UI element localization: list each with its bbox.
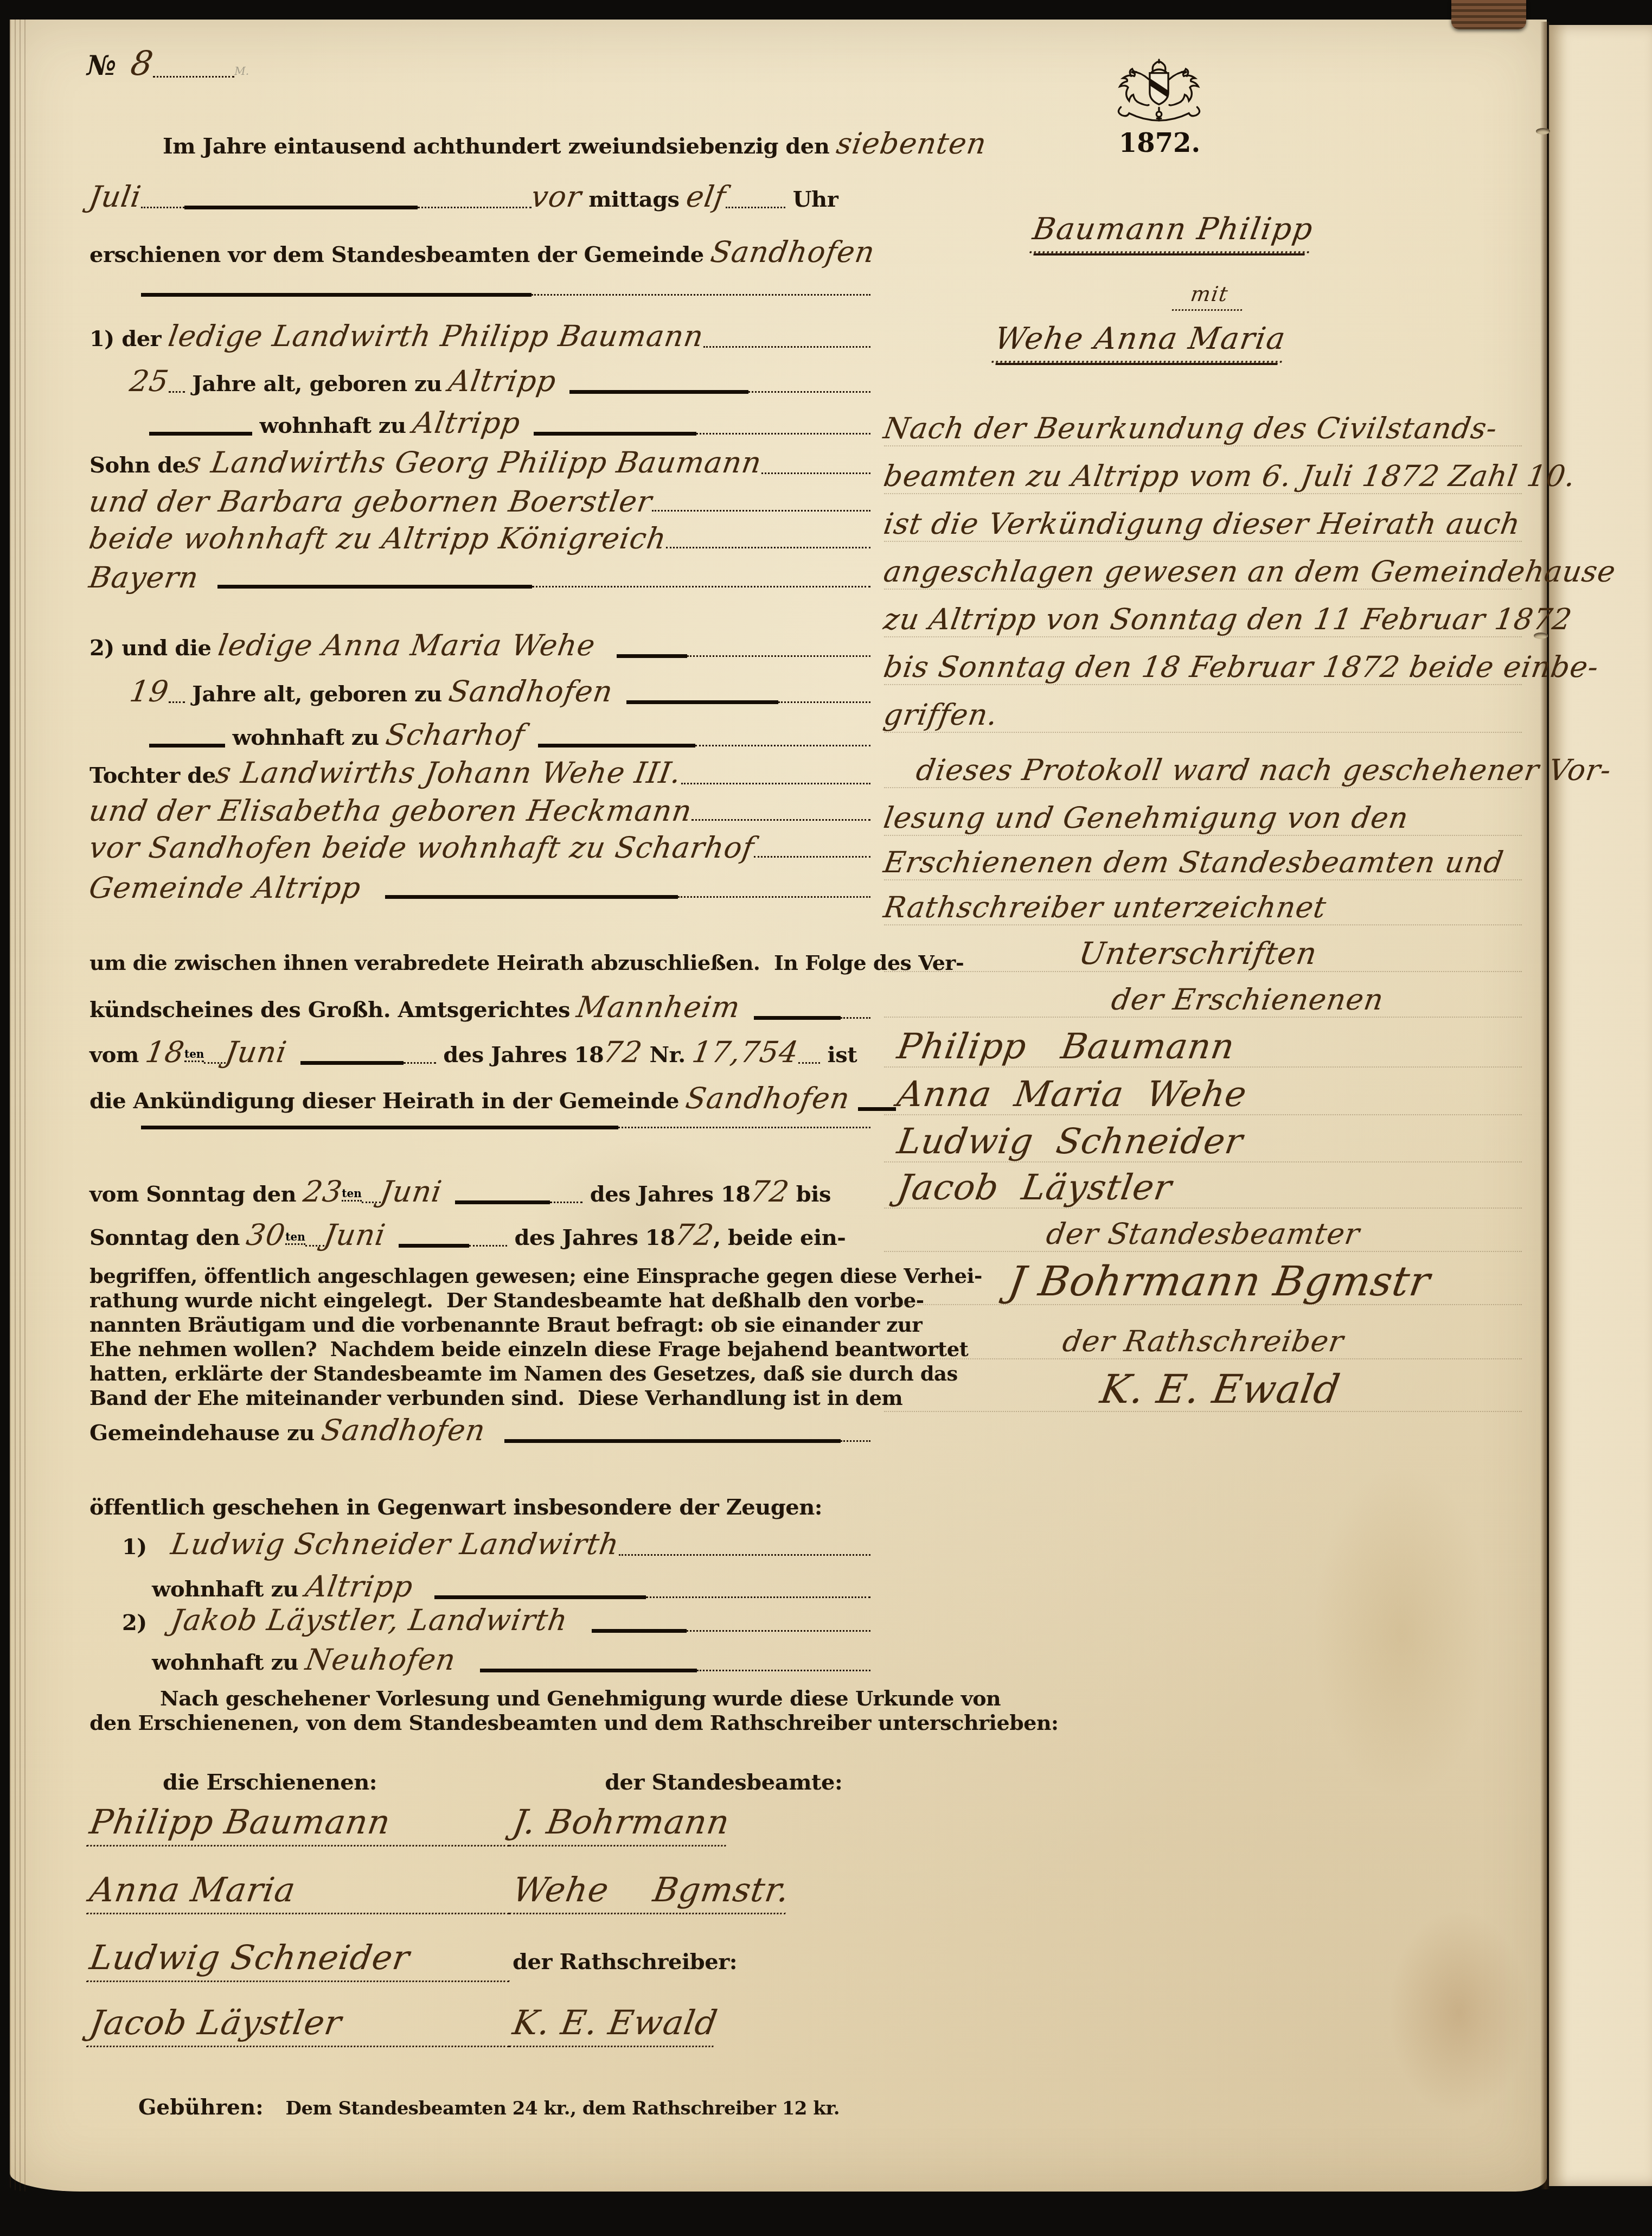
line-court: kündscheines des Großh. Amtsgerichtes Ma… bbox=[89, 994, 870, 1023]
ink-rule bbox=[399, 1244, 469, 1248]
faint-guide-line bbox=[884, 1114, 1522, 1115]
dotted-leader bbox=[469, 1245, 507, 1247]
dotted-leader bbox=[697, 1670, 870, 1671]
faint-guide-line bbox=[884, 684, 1522, 685]
line-year-date: Im Jahre eintausend achthundert zweiunds… bbox=[89, 130, 870, 159]
handwritten-entry: Ludwig Schneider Landwirth bbox=[169, 1531, 621, 1558]
handwritten-entry: 19 bbox=[128, 678, 171, 705]
dotted-leader bbox=[703, 346, 870, 348]
note-line-5: zu Altripp von Sonntag den 11 Februar 18… bbox=[884, 606, 1529, 633]
ink-rule bbox=[534, 432, 696, 436]
faint-guide-line bbox=[884, 493, 1522, 494]
handwritten-entry: Nach der Beurkundung des Civilstands- bbox=[882, 415, 1499, 442]
line-groom-father: Sohn des Landwirths Georg Philipp Bauman… bbox=[89, 449, 870, 478]
printed-text: öffentlich geschehen in Gegenwart insbes… bbox=[89, 1494, 822, 1520]
dotted-leader bbox=[778, 701, 870, 703]
handwritten-entry: elf bbox=[684, 183, 728, 210]
printed-text: Band der Ehe miteinander verbunden sind.… bbox=[89, 1386, 902, 1410]
handwritten-entry: vor Sandhofen beide wohnhaft zu Scharhof bbox=[87, 834, 756, 861]
printed-text: rathung wurde nicht eingelegt. Der Stand… bbox=[89, 1288, 924, 1312]
handwritten-entry: Juni bbox=[379, 1178, 444, 1205]
printed-text: 2) bbox=[122, 1610, 147, 1636]
form-left-column: Im Jahre eintausend achthundert zweiunds… bbox=[89, 0, 870, 2236]
handwritten-entry: Erschienenen dem Standesbeamten und bbox=[882, 849, 1506, 876]
line-bride-parents-gemeinde: Gemeinde Altripp bbox=[89, 874, 870, 902]
printed-text: der Standesbeamte: bbox=[605, 1769, 842, 1795]
line-groom-age-birthplace: 25 Jahre alt, geboren zu Altripp bbox=[89, 368, 870, 397]
handwritten-signature: Jacob Läystler bbox=[86, 2007, 516, 2047]
dotted-leader bbox=[754, 856, 870, 858]
scanned-register-page: № 8 M. 1872. Baumann Philipp bbox=[0, 0, 1652, 2236]
dotted-leader bbox=[169, 701, 185, 703]
handwritten-entry: Rathschreiber unterzeichnet bbox=[882, 894, 1328, 921]
handwritten-entry: ledige Landwirth Philipp Baumann bbox=[167, 323, 706, 350]
printed-text: Ehe nehmen wollen? Nachdem beide einzeln… bbox=[89, 1337, 968, 1361]
handwritten-signature: Philipp Baumann bbox=[86, 1806, 516, 1847]
printed-label: Gebühren: bbox=[138, 2095, 286, 2120]
printed-text: 1) der bbox=[89, 326, 169, 352]
binding-stitch-hole bbox=[1536, 128, 1550, 135]
printed-text: der Rathschreiber: bbox=[513, 1949, 737, 1975]
printed-text: Im Jahre eintausend achthundert zweiunds… bbox=[163, 133, 837, 159]
printed-text: des Jahres 18 bbox=[582, 1181, 750, 1207]
line-bride-residence: wohnhaft zu Scharhof bbox=[89, 721, 870, 750]
ink-rule bbox=[504, 1439, 841, 1443]
dotted-leader bbox=[550, 1202, 582, 1203]
faint-guide-line bbox=[884, 541, 1522, 542]
dotted-leader bbox=[169, 391, 185, 393]
handwritten-entry: ist die Verkündigung dieser Heirath auch bbox=[882, 510, 1522, 538]
printed-text: 2) und die bbox=[89, 635, 219, 661]
printed-text: Sonntag den bbox=[89, 1225, 247, 1250]
printed-text: um die zwischen ihnen verabredete Heirat… bbox=[89, 950, 964, 975]
handwritten-signature: K. E. Ewald bbox=[509, 2007, 720, 2047]
printed-text: des Jahres 18 bbox=[507, 1225, 675, 1250]
next-page-edge bbox=[1549, 25, 1652, 2186]
dotted-leader bbox=[418, 207, 532, 208]
handwritten-entry: 30 bbox=[245, 1222, 288, 1249]
faint-guide-line bbox=[884, 636, 1522, 637]
handwritten-entry: Juni bbox=[322, 1222, 387, 1249]
dotted-leader bbox=[678, 896, 870, 898]
note-clerk-signature: K. E. Ewald bbox=[884, 1371, 1529, 1408]
line-witness-1: 1)Ludwig Schneider Landwirth bbox=[89, 1531, 870, 1560]
printed-text: die Erschienenen: bbox=[163, 1769, 377, 1795]
handwritten-entry: 72 bbox=[673, 1222, 716, 1249]
dotted-leader bbox=[646, 1596, 870, 1598]
handwritten-entry: 72 bbox=[748, 1178, 791, 1205]
note-sig-groom: Philipp Baumann bbox=[884, 1031, 1529, 1063]
dotted-leader bbox=[618, 1127, 870, 1128]
faint-guide-line bbox=[884, 1208, 1522, 1209]
printed-text: Sohn de bbox=[89, 452, 186, 478]
line-groom-parents-residence: beide wohnhaft zu Altripp Königreich bbox=[89, 525, 870, 552]
ink-rule bbox=[141, 293, 532, 297]
line-registrar-gemeinde: erschienen vor dem Standesbeamten der Ge… bbox=[89, 239, 870, 267]
handwritten-entry: 23 bbox=[302, 1178, 344, 1205]
line-signature-headers: die Erschienenen:der Standesbeamte: bbox=[89, 1769, 870, 1795]
handwritten-signature: Anna Maria bbox=[86, 1874, 516, 1914]
faint-guide-line bbox=[884, 1358, 1522, 1359]
line-blank-rule-2 bbox=[89, 1126, 870, 1132]
line-witness-2-residence: wohnhaft zu Neuhofen bbox=[89, 1646, 870, 1675]
ink-rule bbox=[217, 585, 532, 589]
line-bride: 2) und die ledige Anna Maria Wehe bbox=[89, 632, 870, 661]
note-sig-witness-1: Ludwig Schneider bbox=[884, 1126, 1529, 1158]
printed-text: bis bbox=[789, 1181, 831, 1207]
dotted-leader bbox=[532, 586, 870, 587]
printed-text: Nr. bbox=[642, 1042, 693, 1068]
printed-text: hatten, erklärte der Standesbeamte im Na… bbox=[89, 1362, 958, 1385]
faint-guide-line bbox=[884, 924, 1522, 925]
note-line-2: beamten zu Altripp vom 6. Juli 1872 Zahl… bbox=[884, 463, 1529, 490]
ink-rule bbox=[149, 744, 225, 748]
ink-rule bbox=[149, 432, 252, 436]
dotted-leader bbox=[726, 207, 785, 208]
handwritten-entry: Anna Maria Wehe bbox=[895, 1078, 1249, 1111]
ink-rule bbox=[300, 1061, 404, 1065]
handwritten-entry: Juni bbox=[223, 1039, 289, 1066]
printed-text: wohnhaft zu bbox=[252, 413, 413, 438]
handwritten-signature: J. Bohrmann bbox=[509, 1806, 732, 1847]
handwritten-entry: s Landwirths Georg Philipp Baumann bbox=[184, 449, 764, 476]
line-closing-2: den Erschienenen, von dem Standesbeamten… bbox=[89, 1710, 870, 1735]
faint-guide-line bbox=[884, 1017, 1522, 1018]
line-banns-from: vom Sonntag den 23tenJuni des Jahres 187… bbox=[89, 1178, 870, 1207]
ordinal-suffix: ten bbox=[285, 1230, 305, 1245]
ink-rule bbox=[592, 1629, 687, 1633]
dotted-leader bbox=[798, 1062, 820, 1064]
handwritten-entry: der Rathschreiber bbox=[1061, 1328, 1346, 1355]
handwritten-entry: Jacob Läystler bbox=[895, 1172, 1174, 1204]
handwritten-entry: Sandhofen bbox=[709, 239, 876, 266]
line-body-3: nannten Bräutigam und die vorbenannte Br… bbox=[89, 1313, 870, 1337]
margin-note-right-column: Nach der Beurkundung des Civilstands-bea… bbox=[884, 0, 1529, 2236]
handwritten-signature: Wehe Bgmstr. bbox=[509, 1874, 792, 1914]
ink-rule bbox=[141, 1126, 618, 1129]
printed-text: Dem Standesbeamten 24 kr., dem Rathschre… bbox=[286, 2098, 840, 2119]
line-groom-residence: wohnhaft zu Altripp bbox=[89, 410, 870, 438]
line-banns-to: Sonntag den 30tenJuni des Jahres 1872, b… bbox=[89, 1222, 870, 1250]
line-bride-parents-residence: vor Sandhofen beide wohnhaft zu Scharhof bbox=[89, 834, 870, 861]
faint-guide-line bbox=[884, 445, 1522, 446]
line-body-2: rathung wurde nicht eingelegt. Der Stand… bbox=[89, 1288, 870, 1312]
faint-guide-line bbox=[884, 1251, 1522, 1252]
dotted-leader bbox=[841, 1017, 870, 1019]
handwritten-entry: und der Barbara gebornen Boerstler bbox=[87, 488, 654, 515]
line-bride-father: Tochter des Landwirths Johann Wehe III. bbox=[89, 759, 870, 788]
printed-text: , beide ein- bbox=[713, 1225, 846, 1250]
handwritten-entry: Ludwig Schneider bbox=[895, 1126, 1245, 1158]
printed-text: wohnhaft zu bbox=[152, 1650, 306, 1675]
dotted-leader bbox=[305, 1245, 324, 1247]
handwritten-entry: Altripp bbox=[411, 410, 522, 437]
line-closing-1: Nach geschehener Vorlesung und Genehmigu… bbox=[89, 1686, 870, 1710]
faint-guide-line bbox=[884, 971, 1522, 972]
handwritten-entry: und der Elisabetha geboren Heckmann bbox=[87, 797, 694, 825]
note-sig-title: Unterschriften bbox=[884, 940, 1529, 968]
handwritten-entry: der Standesbeamter bbox=[1045, 1221, 1362, 1248]
line-body-5: hatten, erklärte der Standesbeamte im Na… bbox=[89, 1362, 870, 1385]
ink-rule bbox=[626, 700, 778, 704]
handwritten-entry: K. E. Ewald bbox=[1098, 1371, 1343, 1408]
note-officiant-label: der Standesbeamter bbox=[884, 1221, 1529, 1248]
ink-rule bbox=[434, 1595, 646, 1599]
faint-guide-line bbox=[884, 787, 1522, 788]
line-bride-age-birthplace: 19 Jahre alt, geboren zu Sandhofen bbox=[89, 678, 870, 707]
note-line-1: Nach der Beurkundung des Civilstands- bbox=[884, 415, 1529, 442]
handwritten-entry: Jakob Läystler, Landwirth bbox=[169, 1607, 569, 1634]
faint-guide-line bbox=[884, 879, 1522, 880]
signature-row-2: Anna MariaWehe Bgmstr. bbox=[89, 1874, 870, 1914]
line-certificate-date: vom 18tenJuni des Jahres 1872 Nr. 17,754… bbox=[89, 1039, 870, 1068]
dotted-leader bbox=[666, 547, 870, 548]
printed-text: des Jahres 18 bbox=[436, 1042, 604, 1068]
handwritten-entry: Gemeinde Altripp bbox=[87, 874, 363, 902]
dotted-leader bbox=[691, 819, 870, 821]
line-body-4: Ehe nehmen wollen? Nachdem beide einzeln… bbox=[89, 1337, 870, 1361]
printed-text: vom bbox=[89, 1042, 146, 1068]
note-sig-subtitle: der Erschienenen bbox=[884, 986, 1529, 1013]
line-groom-parents-state: Bayern bbox=[89, 564, 870, 591]
ink-rule bbox=[385, 895, 678, 899]
handwritten-entry: beamten zu Altripp vom 6. Juli 1872 Zahl… bbox=[882, 463, 1578, 490]
dotted-leader bbox=[695, 745, 870, 746]
faint-guide-line bbox=[884, 589, 1522, 590]
printed-text: wohnhaft zu bbox=[152, 1576, 306, 1602]
ink-rule bbox=[455, 1200, 550, 1204]
dotted-leader bbox=[696, 433, 870, 435]
faint-guide-line bbox=[884, 1161, 1522, 1162]
faint-guide-line bbox=[884, 835, 1522, 836]
handwritten-entry: Altripp bbox=[304, 1573, 415, 1600]
handwritten-entry: Sandhofen bbox=[447, 678, 614, 705]
dotted-leader bbox=[652, 510, 870, 512]
dotted-leader bbox=[687, 1630, 870, 1632]
handwritten-entry: beide wohnhaft zu Altripp Königreich bbox=[87, 525, 668, 552]
dotted-leader bbox=[404, 1062, 436, 1064]
handwritten-entry: J Bohrmann Bgmstr bbox=[1006, 1263, 1432, 1301]
dotted-leader bbox=[681, 783, 870, 784]
handwritten-signature: Ludwig Schneider bbox=[86, 1942, 516, 1982]
dotted-leader bbox=[141, 207, 184, 208]
faint-guide-line bbox=[884, 1066, 1522, 1068]
handwritten-entry: lesung und Genehmigung von den bbox=[882, 804, 1411, 832]
note2-line-1: dieses Protokoll ward nach geschehener V… bbox=[884, 757, 1529, 784]
line-month-hour: Julivor mittags elf Uhr bbox=[89, 183, 870, 212]
note2-line-3: Erschienenen dem Standesbeamten und bbox=[884, 849, 1529, 876]
ink-rule bbox=[538, 744, 695, 748]
dotted-leader bbox=[362, 1202, 381, 1203]
line-groom-mother: und der Barbara gebornen Boerstler bbox=[89, 488, 870, 515]
printed-text: wohnhaft zu bbox=[225, 725, 386, 750]
printed-text: erschienen vor dem Standesbeamten der Ge… bbox=[89, 242, 711, 267]
note-sig-witness-2: Jacob Läystler bbox=[884, 1172, 1529, 1204]
line-announcement-gemeinde: die Ankündigung dieser Heirath in der Ge… bbox=[89, 1085, 870, 1114]
printed-text: vom Sonntag den bbox=[89, 1181, 304, 1207]
line-blank-rule bbox=[89, 293, 870, 299]
printed-text: Jahre alt, geboren zu bbox=[185, 681, 450, 707]
signature-row-4: Jacob LäystlerK. E. Ewald bbox=[89, 2007, 870, 2047]
handwritten-entry: 25 bbox=[128, 368, 171, 395]
line-intent-1: um die zwischen ihnen verabredete Heirat… bbox=[89, 950, 870, 975]
printed-text: kündscheines des Großh. Amtsgerichtes bbox=[89, 997, 577, 1023]
handwritten-entry: Unterschriften bbox=[1077, 940, 1319, 968]
printed-text: Uhr bbox=[785, 187, 838, 212]
line-witnesses-intro: öffentlich geschehen in Gegenwart insbes… bbox=[89, 1494, 870, 1520]
ink-rule bbox=[569, 390, 748, 394]
ordinal-suffix: ten bbox=[184, 1047, 204, 1062]
note-clerk-label: der Rathschreiber bbox=[884, 1328, 1529, 1355]
printed-text: mittags bbox=[581, 187, 687, 212]
handwritten-entry: griffen. bbox=[882, 701, 1000, 729]
dotted-leader bbox=[748, 391, 870, 393]
handwritten-entry: 72 bbox=[601, 1039, 644, 1066]
handwritten-entry: Mannheim bbox=[575, 994, 742, 1021]
ink-rule bbox=[617, 654, 687, 658]
line-groom: 1) der ledige Landwirth Philipp Baumann bbox=[89, 323, 870, 352]
note-sig-bride: Anna Maria Wehe bbox=[884, 1078, 1529, 1111]
line-gemeindehaus: Gemeindehause zu Sandhofen bbox=[89, 1417, 870, 1446]
ordinal-suffix: ten bbox=[342, 1187, 362, 1202]
line-witness-2: 2)Jakob Läystler, Landwirth bbox=[89, 1607, 870, 1636]
dotted-leader bbox=[841, 1440, 870, 1442]
faint-guide-line bbox=[884, 1304, 1522, 1305]
line-witness-1-residence: wohnhaft zu Altripp bbox=[89, 1573, 870, 1602]
dotted-leader bbox=[619, 1554, 870, 1556]
handwritten-entry: Altripp bbox=[447, 368, 558, 395]
dotted-leader bbox=[687, 655, 870, 657]
printed-text: Jahre alt, geboren zu bbox=[185, 371, 450, 397]
signature-row-3: Ludwig Schneiderder Rathschreiber: bbox=[89, 1942, 870, 1982]
note-line-6: bis Sonntag den 18 Februar 1872 beide ei… bbox=[884, 654, 1529, 681]
printed-text: begriffen, öffentlich angeschlagen gewes… bbox=[89, 1264, 982, 1288]
handwritten-entry: bis Sonntag den 18 Februar 1872 beide ei… bbox=[882, 654, 1600, 681]
handwritten-entry: Sandhofen bbox=[319, 1417, 487, 1444]
handwritten-entry: zu Altripp von Sonntag den 11 Februar 18… bbox=[882, 606, 1574, 633]
handwritten-entry: s Landwirths Johann Wehe III. bbox=[214, 759, 683, 787]
ink-rule bbox=[754, 1016, 841, 1020]
faint-guide-line bbox=[884, 1411, 1522, 1412]
line-body-1: begriffen, öffentlich angeschlagen gewes… bbox=[89, 1264, 870, 1288]
handwritten-entry: 17,754 bbox=[690, 1039, 801, 1066]
note-line-3: ist die Verkündigung dieser Heirath auch bbox=[884, 510, 1529, 538]
note-line-4: angeschlagen gewesen an dem Gemeindehaus… bbox=[884, 558, 1529, 585]
note-officiant-signature: J Bohrmann Bgmstr bbox=[884, 1263, 1529, 1301]
note2-line-2: lesung und Genehmigung von den bbox=[884, 804, 1529, 832]
note-line-7: griffen. bbox=[884, 701, 1529, 729]
printed-text: ist bbox=[820, 1042, 857, 1068]
book-gutter-crease bbox=[1540, 22, 1550, 2189]
ink-rule bbox=[184, 206, 418, 209]
handwritten-entry: Sandhofen bbox=[684, 1085, 851, 1112]
handwritten-entry: vor bbox=[529, 183, 584, 210]
handwritten-entry: Neuhofen bbox=[304, 1646, 458, 1673]
handwritten-entry: Bayern bbox=[87, 564, 201, 591]
handwritten-entry: Juli bbox=[87, 183, 143, 210]
signature-row-1: Philipp BaumannJ. Bohrmann bbox=[89, 1806, 870, 1847]
printed-text: 1) bbox=[122, 1534, 147, 1560]
handwritten-entry: ledige Anna Maria Wehe bbox=[216, 632, 597, 659]
printed-text: die Ankündigung dieser Heirath in der Ge… bbox=[89, 1088, 686, 1114]
dotted-leader bbox=[204, 1062, 226, 1064]
dotted-leader bbox=[761, 472, 870, 474]
handwritten-entry: 18 bbox=[144, 1039, 187, 1066]
line-bride-mother: und der Elisabetha geboren Heckmann bbox=[89, 797, 870, 825]
line-fees: Gebühren: Dem Standesbeamten 24 kr., dem… bbox=[89, 2095, 870, 2120]
faint-guide-line bbox=[884, 732, 1522, 733]
handwritten-entry: der Erschienenen bbox=[1110, 986, 1386, 1013]
printed-text: nannten Bräutigam und die vorbenannte Br… bbox=[89, 1313, 922, 1337]
handwritten-entry: Scharhof bbox=[384, 721, 527, 749]
handwritten-entry: Philipp Baumann bbox=[895, 1031, 1237, 1063]
line-body-6: Band der Ehe miteinander verbunden sind.… bbox=[89, 1386, 870, 1410]
printed-text: Nach geschehener Vorlesung und Genehmigu… bbox=[160, 1686, 1001, 1710]
handwritten-entry: dieses Protokoll ward nach geschehener V… bbox=[914, 757, 1613, 784]
ink-rule bbox=[480, 1669, 697, 1672]
handwritten-entry: angeschlagen gewesen an dem Gemeindehaus… bbox=[882, 558, 1618, 585]
dotted-leader bbox=[532, 294, 870, 296]
printed-text: Gemeindehause zu bbox=[89, 1420, 322, 1446]
note2-line-4: Rathschreiber unterzeichnet bbox=[884, 894, 1529, 921]
printed-text: Tochter de bbox=[89, 763, 216, 788]
